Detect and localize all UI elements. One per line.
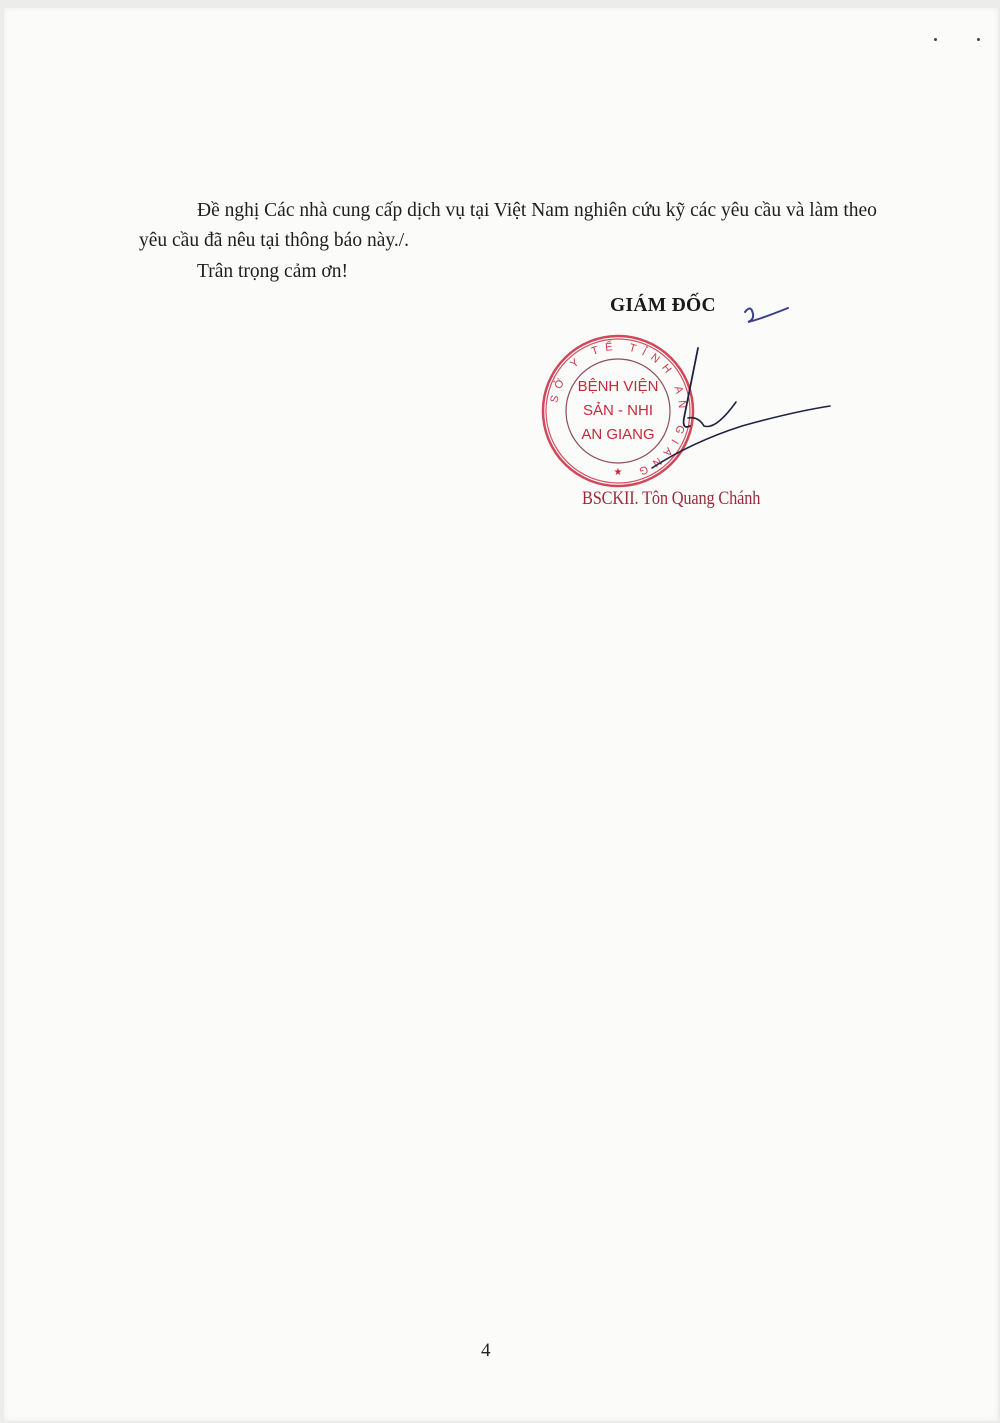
svg-text:★: ★: [614, 467, 623, 478]
svg-text:AN GIANG: AN GIANG: [581, 426, 654, 443]
scan-speck: [977, 38, 980, 41]
svg-text:BỆNH VIỆN: BỆNH VIỆN: [578, 378, 659, 395]
svg-text:SẢN - NHI: SẢN - NHI: [583, 402, 653, 419]
page-number: 4: [481, 1340, 491, 1362]
signature-title: GIÁM ĐỐC: [610, 295, 716, 317]
scan-speck: [934, 38, 937, 41]
official-stamp: SỞ Y TẾ TỈNH AN GIANG ★ BỆNH VIỆN SẢN - …: [540, 333, 696, 489]
signer-name: BSCKII. Tôn Quang Chánh: [582, 488, 760, 510]
closing-paragraph: Trân trọng cảm ơn!: [197, 257, 937, 287]
request-paragraph: Đề nghị Các nhà cung cấp dịch vụ tại Việ…: [139, 196, 879, 256]
